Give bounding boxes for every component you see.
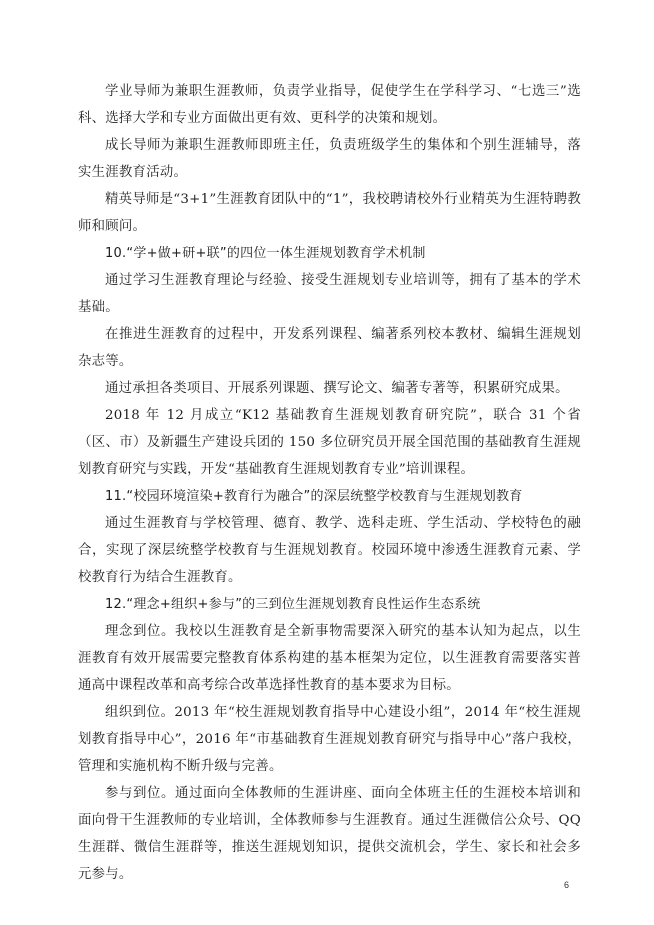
paragraph-integration: 通过生涯教育与学校管理、德育、教学、选科走班、学生活动、学校特色的融合，实现了深… xyxy=(78,510,581,591)
paragraph-academic-mentor: 学业导师为兼职生涯教师，负责学业指导，促使学生在学科学习、“七选三”选科、选择大… xyxy=(78,78,581,132)
paragraph-concept: 理念到位。我校以生涯教育是全新事物需要深入研究的基本认知为起点，以生涯教育有效开… xyxy=(78,618,581,699)
paragraph-growth-mentor: 成长导师为兼职生涯教师即班主任，负责班级学生的集体和个别生涯辅导，落实生涯教育活… xyxy=(78,132,581,186)
paragraph-organization: 组织到位。2013 年“校生涯规划教育指导中心建设小组”，2014 年“校生涯规… xyxy=(78,699,581,780)
section-heading-11: 11.“校园环境渲染+教育行为融合”的深层统整学校教育与生涯规划教育 xyxy=(78,483,581,510)
paragraph-participation: 参与到位。通过面向全体教师的生涯讲座、面向全体班主任的生涯校本培训和面向骨干生涯… xyxy=(78,780,581,888)
document-page: 学业导师为兼职生涯教师，负责学业指导，促使学生在学科学习、“七选三”选科、选择大… xyxy=(78,78,581,888)
paragraph-learn: 通过学习生涯教育理论与经验、接受生涯规划专业培训等，拥有了基本的学术基础。 xyxy=(78,267,581,321)
section-heading-12: 12.“理念+组织+参与”的三到位生涯规划教育良性运作生态系统 xyxy=(78,591,581,618)
paragraph-elite-mentor: 精英导师是“3+1”生涯教育团队中的“1”，我校聘请校外行业精英为生涯特聘教师和… xyxy=(78,186,581,240)
paragraph-do: 在推进生涯教育的过程中，开发系列课程、编著系列校本教材、编辑生涯规划杂志等。 xyxy=(78,321,581,375)
paragraph-research: 通过承担各类项目、开展系列课题、撰写论文、编著专著等，积累研究成果。 xyxy=(78,375,581,402)
paragraph-institute: 2018 年 12 月成立“K12 基础教育生涯规划教育研究院”，联合 31 个… xyxy=(78,402,581,483)
page-number: 6 xyxy=(564,880,569,890)
section-heading-10: 10.“学+做+研+联”的四位一体生涯规划教育学术机制 xyxy=(78,240,581,267)
